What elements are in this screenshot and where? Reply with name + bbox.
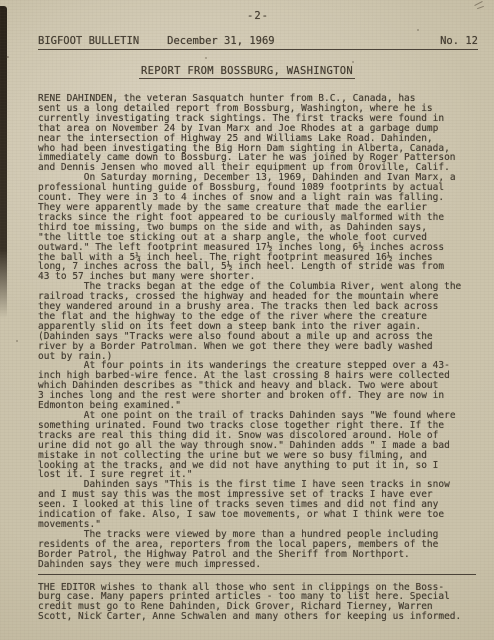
editor-note: THE EDITOR wishes to thank all those who… bbox=[38, 583, 478, 623]
scan-speckle bbox=[6, 56, 9, 58]
issue-date: December 31, 1969 bbox=[167, 35, 274, 47]
article-body: RENE DAHINDEN, the veteran Sasquatch hun… bbox=[38, 94, 478, 570]
article-paragraph: The tracks were viewed by more than a hu… bbox=[38, 530, 478, 570]
article-paragraph: On Saturday morning, December 13, 1969, … bbox=[38, 173, 478, 282]
section-divider bbox=[38, 574, 476, 575]
headline-row: REPORT FROM BOSSBURG, WASHINGTON bbox=[38, 59, 478, 79]
article-paragraph: The tracks began at the edge of the Colu… bbox=[38, 282, 478, 361]
masthead: BIGFOOT BULLETIN December 31, 1969 No. 1… bbox=[38, 35, 478, 50]
bulletin-title: BIGFOOT BULLETIN bbox=[38, 35, 139, 47]
headline: REPORT FROM BOSSBURG, WASHINGTON bbox=[139, 65, 355, 79]
page-content: -2- BIGFOOT BULLETIN December 31, 1969 N… bbox=[38, 0, 478, 622]
article-paragraph: RENE DAHINDEN, the veteran Sasquatch hun… bbox=[38, 94, 478, 173]
scanned-page: -2- BIGFOOT BULLETIN December 31, 1969 N… bbox=[0, 0, 494, 640]
scan-edge-shadow bbox=[0, 6, 7, 318]
scan-speckle bbox=[16, 340, 18, 342]
article-paragraph: At four points in its wanderings the cre… bbox=[38, 361, 478, 411]
page-number: -2- bbox=[38, 10, 478, 22]
issue-number: No. 12 bbox=[440, 35, 478, 47]
article-paragraph: At one point on the trail of tracks Dahi… bbox=[38, 411, 478, 480]
article-paragraph: Dahinden says "This is the first time I … bbox=[38, 480, 478, 530]
